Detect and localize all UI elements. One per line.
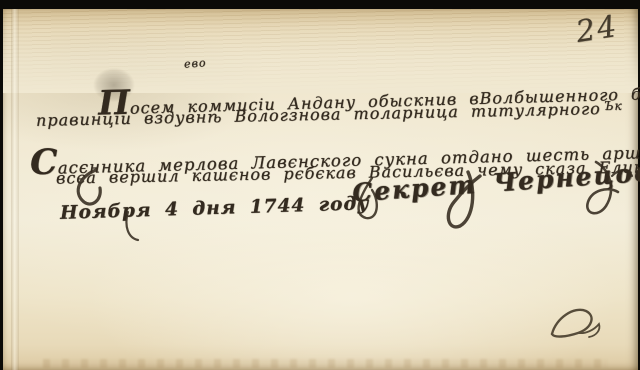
fold-crease [11,9,19,370]
bottom-edge-stain [43,359,608,368]
manuscript-scan: 24 ево Посем коммисіи Андану обыскнив вВ… [0,0,640,370]
superscript-note: Ък [604,99,623,113]
superscript-note: ево [184,56,207,71]
page-number: 24 [573,9,620,50]
